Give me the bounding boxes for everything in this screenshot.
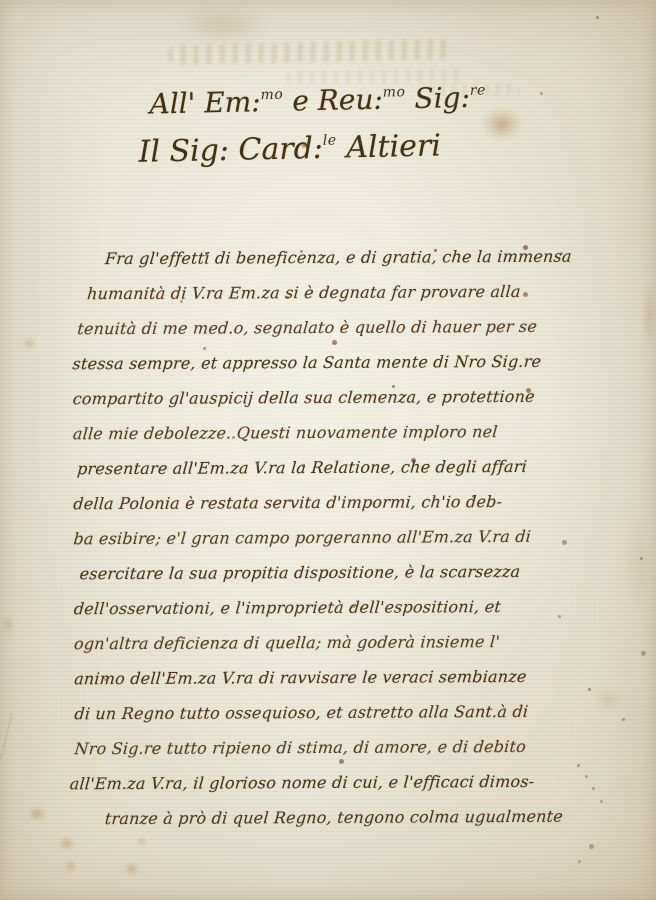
- foxing-stain: [137, 837, 147, 846]
- superscript-abbreviation: mo: [383, 84, 406, 100]
- manuscript-line: presentare all'Em.za V.ra la Relatione, …: [76, 449, 567, 487]
- foxing-stain: [58, 836, 75, 851]
- superscript-abbreviation: re: [470, 82, 486, 98]
- manuscript-line: Fra gl'effetti di beneficenza, e di grat…: [104, 239, 566, 276]
- salutation-text: Sig:: [405, 81, 470, 115]
- letter-header: All' Em:mo e Reu:mo Sig:re Il Sig: Card:…: [149, 80, 487, 169]
- foxing-stain: [124, 862, 139, 876]
- paper-crease: [0, 713, 13, 760]
- salutation-text: All' Em:: [149, 85, 261, 120]
- manuscript-line: tenuità di me med.o, segnalato è quello …: [76, 309, 566, 347]
- manuscript-line: alle mie debolezze. Questi nuovamente im…: [72, 414, 567, 452]
- manuscript-line: tranze à prò di quel Regno, tengono colm…: [104, 799, 569, 836]
- addressee-text: Altieri: [336, 128, 441, 165]
- superscript-abbreviation: mo: [260, 86, 283, 102]
- manuscript-line: ogn'altra deficienza di quella; mà goder…: [73, 624, 568, 662]
- manuscript-line: all'Em.za V.ra, il glorioso nome di cui,…: [68, 764, 568, 802]
- manuscript-line: dell'osservationi, e l'improprietà dell'…: [72, 589, 567, 627]
- manuscript-line: ba esibire; e'l gran campo porgeranno al…: [72, 519, 567, 557]
- manuscript-line: stessa sempre, et appresso la Santa ment…: [71, 344, 566, 382]
- foxing-stain: [22, 337, 37, 350]
- salutation-line: All' Em:mo e Reu:mo Sig:re: [149, 80, 486, 120]
- manuscript-line: compartito gl'auspicij della sua clemenz…: [71, 379, 566, 417]
- manuscript-line: animo dell'Em.za V.ra di ravvisare le ve…: [73, 659, 568, 697]
- foxing-stain: [643, 284, 656, 346]
- manuscript-line: Nro Sig.re tutto ripieno di stima, di am…: [73, 729, 568, 767]
- manuscript-line: esercitare la sua propitia dispositione,…: [78, 554, 567, 592]
- letter-body: Fra gl'effetti di beneficenza, e di grat…: [70, 239, 565, 837]
- foxing-stain: [2, 616, 15, 633]
- addressee-line: Il Sig: Card:le Altieri: [138, 127, 487, 169]
- foxing-stain: [628, 516, 650, 611]
- superscript-abbreviation: le: [323, 133, 337, 149]
- manuscript-page: All' Em:mo e Reu:mo Sig:re Il Sig: Card:…: [0, 0, 656, 900]
- addressee-text: Il Sig: Card:: [138, 131, 323, 170]
- manuscript-line: humanità di V.ra Em.za si è degnata far …: [86, 274, 566, 312]
- manuscript-line: di un Regno tutto ossequioso, et astrett…: [73, 694, 568, 732]
- salutation-text: e Reu:: [283, 83, 383, 118]
- ink-specks: [0, 0, 3, 3]
- foxing-stain: [64, 860, 77, 873]
- ink-bleedthrough: [168, 39, 450, 66]
- foxing-stain: [176, 4, 271, 46]
- foxing-stain: [594, 690, 622, 710]
- manuscript-line: della Polonia è restata servita d'imporm…: [72, 484, 567, 522]
- foxing-stain: [28, 806, 46, 822]
